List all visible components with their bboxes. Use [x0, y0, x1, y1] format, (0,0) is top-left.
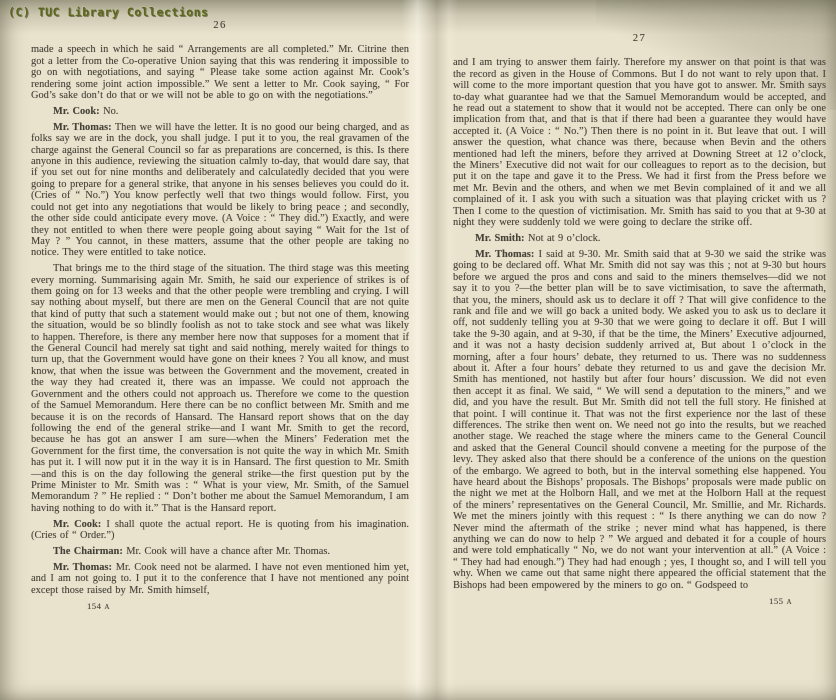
- paragraph: Mr. Thomas: Then we will have the letter…: [31, 122, 409, 259]
- speaker-name: Mr. Thomas:: [53, 122, 112, 133]
- paragraph: made a speech in which he said “ Arrange…: [31, 44, 409, 101]
- speaker-name: Mr. Thomas:: [475, 249, 534, 260]
- page-right: 27 and I am trying to answer them fairly…: [453, 33, 826, 608]
- paragraph-text: Not at 9 o’clock.: [528, 233, 600, 244]
- paragraph-text: and I am trying to answer them fairly. T…: [453, 57, 826, 228]
- page-left: 26 made a speech in which he said “ Arra…: [31, 20, 409, 613]
- page-number-right: 27: [453, 33, 826, 44]
- paragraph: Mr. Thomas: Mr. Cook need not be alarmed…: [31, 562, 409, 596]
- speaker-name: Mr. Cook:: [53, 106, 100, 117]
- paragraph-text: made a speech in which he said “ Arrange…: [31, 44, 409, 101]
- speaker-name: The Chairman:: [53, 546, 123, 557]
- folio-left: 154A: [31, 601, 409, 613]
- folio-number: 154: [87, 601, 101, 611]
- folio-suffix: A: [104, 603, 110, 611]
- paragraph-text: No.: [103, 106, 118, 117]
- paragraph: Mr. Smith: Not at 9 o’clock.: [453, 233, 826, 244]
- paragraph: Mr. Cook: I shall quote the actual repor…: [31, 519, 409, 542]
- speaker-name: Mr. Smith:: [475, 233, 525, 244]
- folio-number: 155: [769, 596, 783, 606]
- paragraph-text: I said at 9-30. Mr. Smith said that at 9…: [453, 249, 826, 591]
- folio-right: 155A: [453, 596, 826, 608]
- paragraph: That brings me to the third stage of the…: [31, 263, 409, 514]
- paragraph-text: Then we will have the letter. It is no g…: [31, 122, 409, 258]
- paragraph-text: That brings me to the third stage of the…: [31, 263, 409, 514]
- scanned-book-spread: (C) TUC Library Collections 26 made a sp…: [0, 0, 836, 700]
- page-number-left: 26: [31, 20, 409, 31]
- paragraph: Mr. Cook: No.: [31, 106, 409, 117]
- paragraph-text: Mr. Cook will have a chance after Mr. Th…: [126, 546, 330, 557]
- folio-suffix: A: [786, 598, 792, 606]
- paragraph: Mr. Thomas: I said at 9-30. Mr. Smith sa…: [453, 249, 826, 591]
- paragraph: and I am trying to answer them fairly. T…: [453, 57, 826, 228]
- speaker-name: Mr. Thomas:: [53, 562, 112, 573]
- watermark: (C) TUC Library Collections: [8, 5, 208, 19]
- speaker-name: Mr. Cook:: [53, 519, 101, 530]
- paragraph: The Chairman: Mr. Cook will have a chanc…: [31, 546, 409, 557]
- page-gutter: [402, 0, 458, 700]
